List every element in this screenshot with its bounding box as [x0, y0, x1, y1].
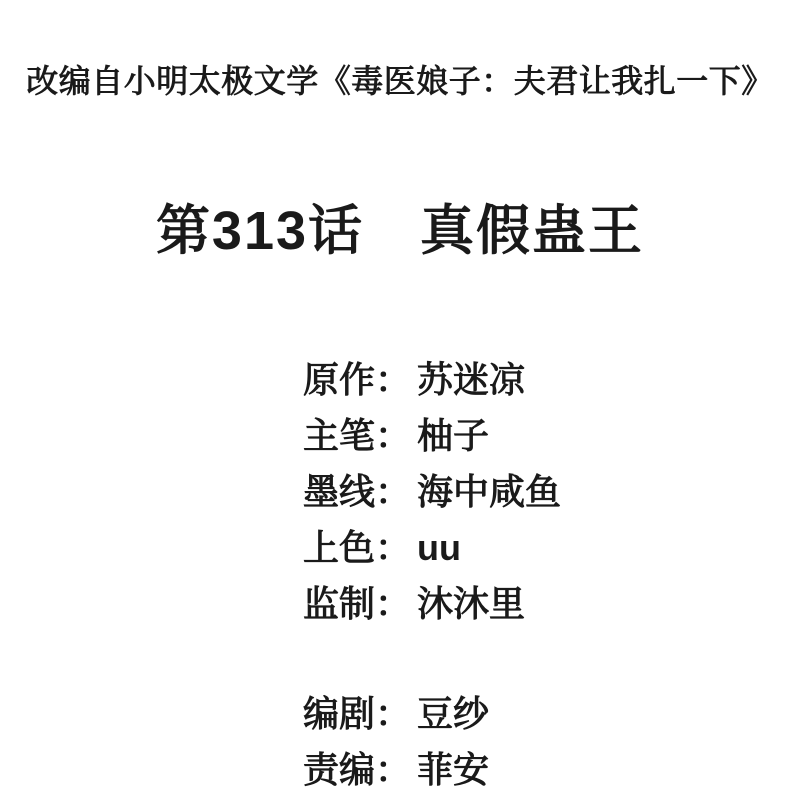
credit-label: 监制：: [303, 583, 411, 624]
credit-label: 原作：: [303, 359, 411, 400]
credit-value: 菲安: [417, 749, 489, 790]
credit-label: 编剧：: [303, 693, 411, 734]
credit-row: 编剧：豆纱: [303, 686, 561, 742]
credit-label: 上色：: [303, 527, 411, 568]
credit-value: 苏迷凉: [417, 359, 525, 400]
credit-row: 上色：uu: [303, 520, 561, 576]
credits-main-list: 原作：苏迷凉 主笔：柚子 墨线：海中咸鱼 上色：uu 监制：沐沐里: [303, 352, 561, 632]
credit-row: 墨线：海中咸鱼: [303, 464, 561, 520]
credit-value: 海中咸鱼: [417, 471, 561, 512]
credit-label: 主笔：: [303, 415, 411, 456]
credits-editorial-list: 编剧：豆纱 责编：菲安: [303, 686, 561, 798]
credit-row: 主笔：柚子: [303, 408, 561, 464]
credit-value: 沐沐里: [417, 583, 525, 624]
credit-value: 柚子: [417, 415, 489, 456]
credit-label: 墨线：: [303, 471, 411, 512]
credit-value: uu: [417, 527, 461, 568]
credit-row: 责编：菲安: [303, 742, 561, 798]
comic-credits-page: 改编自小明太极文学《毒医娘子：夫君让我扎一下》 第313话 真假蛊王 原作：苏迷…: [0, 0, 800, 801]
adaptation-note: 改编自小明太极文学《毒医娘子：夫君让我扎一下》: [0, 56, 800, 102]
credit-value: 豆纱: [417, 693, 489, 734]
credit-label: 责编：: [303, 749, 411, 790]
credit-row: 监制：沐沐里: [303, 576, 561, 632]
chapter-title: 第313话 真假蛊王: [0, 188, 800, 265]
credits-block: 原作：苏迷凉 主笔：柚子 墨线：海中咸鱼 上色：uu 监制：沐沐里: [303, 352, 561, 798]
credit-row: 原作：苏迷凉: [303, 352, 561, 408]
